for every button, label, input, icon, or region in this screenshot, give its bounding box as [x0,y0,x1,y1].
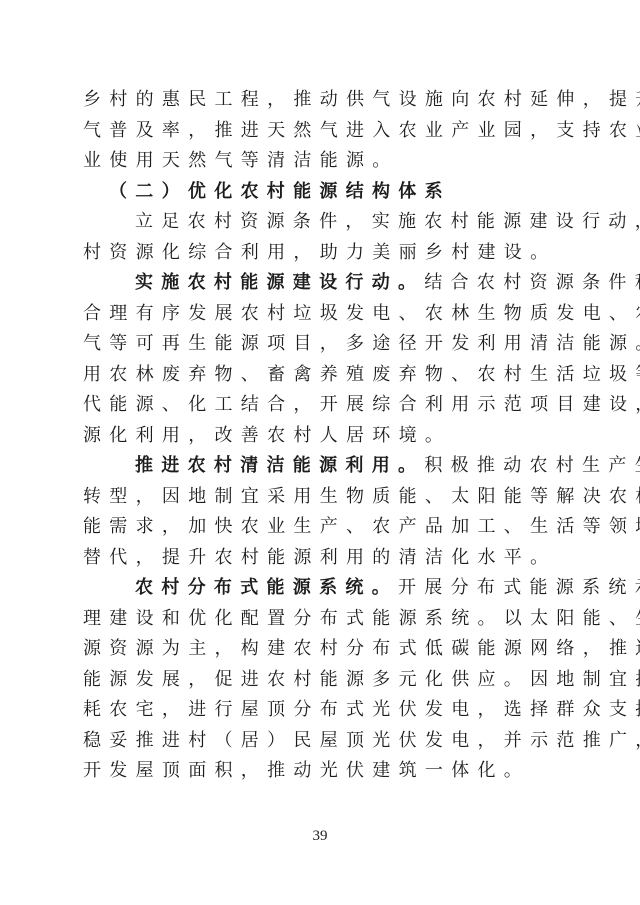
text-line: 源化利用，改善农村人居环境。 [83,421,559,452]
text-line: 用农林废弃物、畜禽养殖废弃物、农村生活垃圾等资源，与现 [83,360,559,391]
text-line: 能源发展，促进农村能源多元化供应。因地制宜推广被动低能 [83,665,559,696]
text-line: 替代，提升农村能源利用的清洁化水平。 [83,543,559,574]
text-line: 代能源、化工结合，开展综合利用示范项目建设，实现垃圾资 [83,390,559,421]
paragraph-start: 农村分布式能源系统。开展分布式能源系统示范项目，合 [83,573,559,604]
text-line: 业使用天然气等清洁能源。 [83,146,559,177]
text-line: 合理有序发展农村垃圾发电、农林生物质发电、农林生物质燃 [83,299,559,330]
text-line: 能需求，加快农业生产、农产品加工、生活等领域用能的清洁 [83,512,559,543]
paragraph-lead-title: 实施农村能源建设行动。 [135,272,424,293]
paragraph-lead-text: 结合农村资源条件和用能习惯， [424,272,640,293]
paragraph-start: 立足农村资源条件，实施农村能源建设行动，加快推进农 [83,207,559,238]
text-line: 开发屋顶面积，推动光伏建筑一体化。 [83,756,559,787]
text-line: 气等可再生能源项目，多途径开发利用清洁能源。因地制宜利 [83,329,559,360]
page-number: 39 [0,828,640,845]
text-line: 气普及率，推进天然气进入农业产业园，支持农业产业园内企 [83,116,559,147]
paragraph-lead-title: 农村分布式能源系统。 [135,577,398,598]
text-line: 耗农宅，进行屋顶分布式光伏发电，选择群众支持度高的村镇 [83,695,559,726]
text-line: 乡村的惠民工程，推动供气设施向农村延伸，提升农村地区燃 [83,85,559,116]
document-body: 乡村的惠民工程，推动供气设施向农村延伸，提升农村地区燃 气普及率，推进天然气进入… [83,85,559,787]
section-heading: （二）优化农村能源结构体系 [83,177,559,208]
paragraph-start: 推进农村清洁能源利用。积极推动农村生产生活方式绿色 [83,451,559,482]
paragraph-lead-text: 开展分布式能源系统示范项目，合 [398,577,640,598]
paragraph-lead-title: 推进农村清洁能源利用。 [135,455,424,476]
paragraph-lead-text: 积极推动农村生产生活方式绿色 [424,455,640,476]
text-line: 转型，因地制宜采用生物质能、太阳能等解决农村地区生活用 [83,482,559,513]
text-line: 源资源为主，构建农村分布式低碳能源网络，推进乡村的绿色 [83,634,559,665]
text-line: 理建设和优化配置分布式能源系统。以太阳能、生物质能等能 [83,604,559,635]
paragraph-start: 实施农村能源建设行动。结合农村资源条件和用能习惯， [83,268,559,299]
text-line: 稳妥推进村（居）民屋顶光伏发电，并示范推广，充分利用可 [83,726,559,757]
text-line: 村资源化综合利用，助力美丽乡村建设。 [83,238,559,269]
